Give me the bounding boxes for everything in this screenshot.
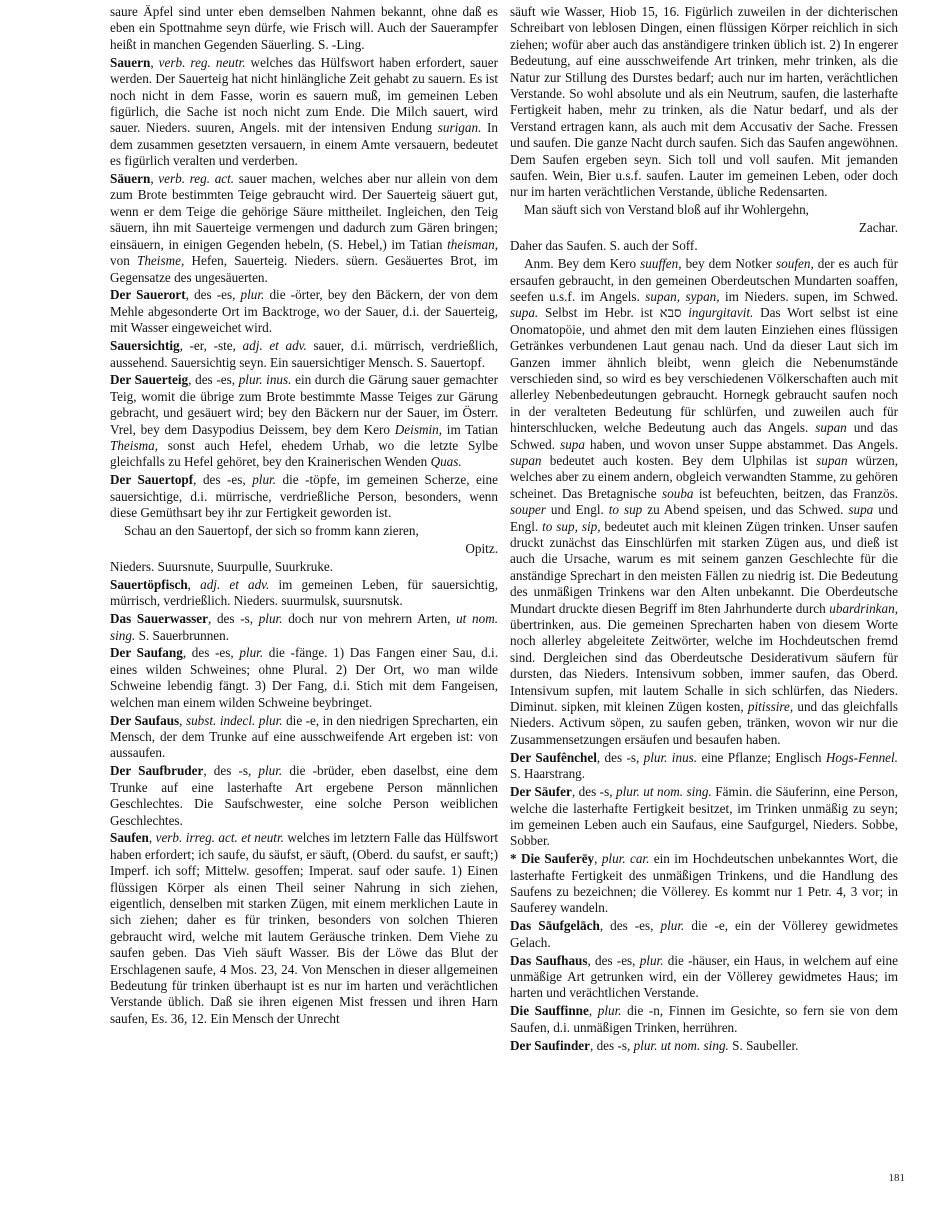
obsolete-marker: *: [510, 851, 521, 866]
quote-attribution: Zachar.: [510, 220, 898, 236]
dictionary-entry: Sauersichtig, -er, -ste, adj. et adv. sa…: [110, 338, 498, 371]
dictionary-entry: Der Saufinder, des -s, plur. ut nom. sin…: [510, 1038, 898, 1054]
entry-text: bey dem Notker: [682, 256, 777, 271]
dictionary-entry: Der Sauerort, des -es, plur. die -örter,…: [110, 287, 498, 336]
entry-headword: Der Saufaus: [110, 713, 179, 728]
etymology-note: Anm. Bey dem Kero suuffen, bey dem Notke…: [510, 256, 898, 748]
entry-text: Nieders. Suursnute, Suurpulle, Suurkruke…: [110, 559, 333, 574]
entry-text: Daher das Saufen. S. auch der Soff.: [510, 238, 698, 253]
entry-text: Selbst im Hebr. ist סבא: [538, 305, 688, 320]
entry-text: , des -es,: [600, 918, 661, 933]
italic-term: supan: [510, 453, 542, 468]
dictionary-entry: Das Sauerwasser, des -s, plur. doch nur …: [110, 611, 498, 644]
entry-text: S. Saubeller.: [729, 1038, 799, 1053]
entry-headword: Der Sauerort: [110, 287, 186, 302]
italic-term: theisman,: [447, 237, 498, 252]
entry-headword: Der Saufinder: [510, 1038, 590, 1053]
entry-text: , des -es,: [588, 953, 640, 968]
dictionary-entry: Sauern, verb. reg. neutr. welches das Hü…: [110, 55, 498, 170]
verse-quote: Man säuft sich von Verstand bloß auf ihr…: [510, 202, 898, 218]
entry-text: ,: [179, 713, 186, 728]
continued-text: säuft wie Wasser, Hiob 15, 16. Figürlich…: [510, 4, 898, 201]
dictionary-entry: Das Saufhaus, des -es, plur. die -häuser…: [510, 953, 898, 1002]
entry-text: , des -s,: [203, 763, 258, 778]
italic-term: plur.: [660, 918, 684, 933]
dictionary-entry: Saufen, verb. irreg. act. et neutr. welc…: [110, 830, 498, 1027]
entry-text: zu Abend speisen, und das Schwed.: [642, 502, 848, 517]
dictionary-entry: Der Sauerteig, des -es, plur. inus. ein …: [110, 372, 498, 470]
entry-text: welches im letztern Falle das Hülfswort …: [110, 830, 498, 1025]
dictionary-entry: Sauertöpfisch, adj. et adv. im gemeinen …: [110, 577, 498, 610]
entry-text: , -er, -ste,: [180, 338, 243, 353]
entry-text: Anm. Bey dem Kero: [524, 256, 640, 271]
italic-term: supan, sypan,: [645, 289, 719, 304]
continued-text: saure Äpfel sind unter eben demselben Na…: [110, 4, 498, 53]
entry-text: bedeutet auch kosten. Bey dem Ulphilas i…: [542, 453, 817, 468]
entry-text: eine Pflanze; Englisch: [697, 750, 826, 765]
quote-attribution: Opitz.: [110, 541, 498, 557]
entry-text: haben, und wovon unser Suppe abstammet. …: [585, 437, 898, 452]
entry-text: ,: [594, 851, 602, 866]
dictionary-entry: Säuern, verb. reg. act. sauer machen, we…: [110, 171, 498, 286]
entry-text: Das Wort selbst ist eine Onomatopöie, un…: [510, 305, 898, 435]
entry-text: , des -es,: [193, 472, 252, 487]
italic-term: plur.: [241, 287, 265, 302]
italic-term: supa: [560, 437, 585, 452]
entry-headword: Das Sāufgelāch: [510, 918, 600, 933]
continued-text: Daher das Saufen. S. auch der Soff.: [510, 238, 898, 254]
entry-text: saure Äpfel sind unter eben demselben Na…: [110, 4, 498, 52]
italic-term: plur. car.: [602, 851, 650, 866]
dictionary-entry: Der Saufang, des -es, plur. die -fänge. …: [110, 645, 498, 711]
entry-text: S. Sauerbrunnen.: [135, 628, 229, 643]
entry-headword: Der Saufang: [110, 645, 183, 660]
italic-term: supan: [816, 453, 848, 468]
dictionary-entry: Der Saufênchel, des -s, plur. inus. eine…: [510, 750, 898, 783]
entry-headword: Sauersichtig: [110, 338, 180, 353]
italic-term: subst. indecl. plur.: [186, 713, 283, 728]
entry-headword: Der Saufênchel: [510, 750, 597, 765]
entry-text: , des -s,: [208, 611, 259, 626]
dictionary-entry: Der Saufbruder, des -s, plur. die -brüde…: [110, 763, 498, 829]
entry-headword: Saufen: [110, 830, 149, 845]
entry-headword: Der Sauertopf: [110, 472, 193, 487]
entry-text: säuft wie Wasser, Hiob 15, 16. Figürlich…: [510, 4, 898, 199]
italic-term: souper: [510, 502, 546, 517]
italic-term: surigan.: [438, 120, 482, 135]
entry-headword: Der Sauerteig: [110, 372, 188, 387]
entry-text: im Nieders. supen, im Schwed.: [720, 289, 898, 304]
entry-text: , des -es,: [188, 372, 239, 387]
italic-term: souba: [662, 486, 694, 501]
italic-term: to sup, sip,: [542, 519, 600, 534]
italic-term: ubardrinkan,: [829, 601, 898, 616]
left-column: saure Äpfel sind unter eben demselben Na…: [110, 4, 498, 1056]
entry-text: und Engl.: [546, 502, 609, 517]
italic-term: suuffen,: [640, 256, 681, 271]
italic-term: soufen,: [776, 256, 814, 271]
italic-term: plur.: [258, 763, 282, 778]
entry-headword: Säuern: [110, 171, 150, 186]
italic-term: verb. reg. neutr.: [159, 55, 246, 70]
italic-term: to sup: [609, 502, 643, 517]
entry-text: , des -es,: [183, 645, 240, 660]
italic-term: Quas.: [431, 454, 462, 469]
entry-headword: Der Saufbruder: [110, 763, 203, 778]
entry-text: , des -es,: [186, 287, 241, 302]
entry-text: im Tatian: [442, 422, 498, 437]
italic-term: plur. ut nom. sing.: [634, 1038, 729, 1053]
italic-term: plur.: [640, 953, 664, 968]
entry-text: ,: [589, 1003, 598, 1018]
entry-text: ,: [188, 577, 200, 592]
entry-headword: Der Säufer: [510, 784, 572, 799]
entry-headword: Die Sauffinne: [510, 1003, 589, 1018]
italic-term: Deismin,: [395, 422, 442, 437]
dictionary-entry: Die Sauffinne, plur. die -n, Finnen im G…: [510, 1003, 898, 1036]
italic-term: supa.: [510, 305, 538, 320]
italic-term: plur. inus.: [644, 750, 697, 765]
italic-term: adj. et adv.: [200, 577, 269, 592]
entry-headword: Das Sauerwasser: [110, 611, 208, 626]
entry-text: ist befeuchten, beitzen, das Französ.: [694, 486, 899, 501]
entry-headword: Sauertöpfisch: [110, 577, 188, 592]
italic-term: verb. reg. act.: [158, 171, 234, 186]
entry-text: ,: [149, 830, 156, 845]
dictionary-entry: Der Sauertopf, des -es, plur. die -töpfe…: [110, 472, 498, 521]
entry-headword: Sauern: [110, 55, 150, 70]
italic-term: adj. et adv.: [243, 338, 307, 353]
continued-text: Nieders. Suursnute, Suurpulle, Suurkruke…: [110, 559, 498, 575]
entry-text: S. Haarstrang.: [510, 766, 585, 781]
entry-text: , des -s,: [572, 784, 616, 799]
italic-term: plur. inus.: [239, 372, 292, 387]
dictionary-entry: Der Säufer, des -s, plur. ut nom. sing. …: [510, 784, 898, 850]
entry-text: von: [110, 253, 137, 268]
entry-text: ,: [150, 55, 158, 70]
right-column: säuft wie Wasser, Hiob 15, 16. Figürlich…: [510, 4, 898, 1056]
italic-term: plur.: [259, 611, 283, 626]
entry-text: , des -s,: [597, 750, 644, 765]
dictionary-entry: Der Saufaus, subst. indecl. plur. die -e…: [110, 713, 498, 762]
entry-headword: Die Sauferēy: [521, 851, 594, 866]
entry-headword: Das Saufhaus: [510, 953, 588, 968]
italic-term: Theisme,: [137, 253, 184, 268]
italic-term: plur.: [252, 472, 276, 487]
italic-term: ingurgitavit.: [688, 305, 753, 320]
italic-term: supan: [815, 420, 847, 435]
italic-term: supa: [848, 502, 873, 517]
dictionary-page: saure Äpfel sind unter eben demselben Na…: [110, 4, 898, 1056]
verse-quote: Schau an den Sauertopf, der sich so from…: [110, 523, 498, 539]
entry-text: , des -s,: [590, 1038, 634, 1053]
italic-term: plur.: [239, 645, 263, 660]
dictionary-entry: Das Sāufgelāch, des -es, plur. die -e, e…: [510, 918, 898, 951]
italic-term: pitissire,: [748, 699, 793, 714]
italic-term: Hogs-Fennel.: [826, 750, 898, 765]
entry-text: doch nur von mehrern Arten,: [283, 611, 457, 626]
italic-term: plur. ut nom. sing.: [616, 784, 712, 799]
dictionary-entry: * Die Sauferēy, plur. car. ein im Hochde…: [510, 851, 898, 917]
italic-term: Theisma,: [110, 438, 158, 453]
italic-term: plur.: [598, 1003, 622, 1018]
italic-term: verb. irreg. act. et neutr.: [156, 830, 284, 845]
page-number: 181: [889, 1172, 906, 1184]
